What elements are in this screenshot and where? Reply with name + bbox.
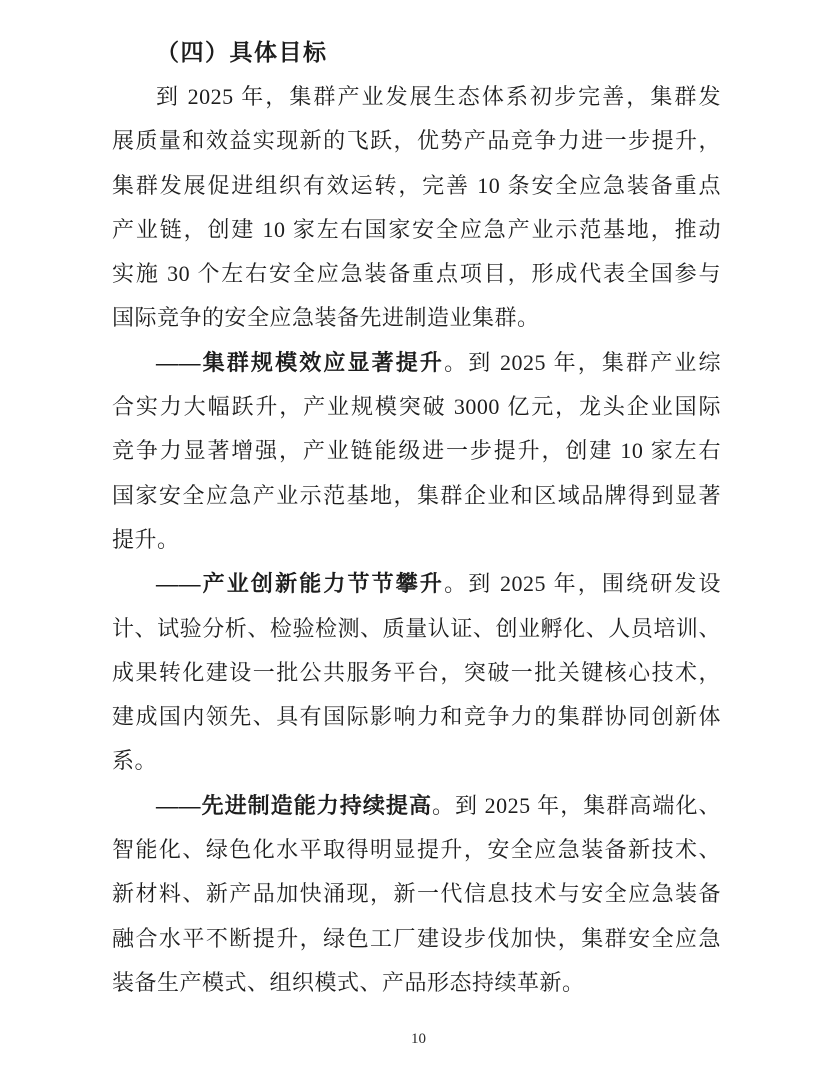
document-page: （四）具体目标 到 2025 年，集群产业发展生态体系初步完善，集群发 展质量和…: [0, 0, 837, 1079]
page-number: 10: [0, 1028, 837, 1050]
text-run: 。到 2025 年，集群高端化、: [432, 793, 721, 818]
text-run: 。到 2025 年，集群产业综: [444, 350, 721, 375]
text-line: 实施 30 个左右安全应急装备重点项目，形成代表全国参与: [112, 252, 721, 296]
text-line: 到 2025 年，集群产业发展生态体系初步完善，集群发: [112, 75, 721, 119]
text-line: 产业链，创建 10 家左右国家安全应急产业示范基地，推动: [112, 208, 721, 252]
emphasis-bold: ——先进制造能力持续提高: [156, 793, 432, 818]
text-line: ——产业创新能力节节攀升。到 2025 年，围绕研发设: [112, 562, 721, 606]
text-run: 。到 2025 年，围绕研发设: [444, 571, 721, 596]
emphasis-bold: ——集群规模效应显著提升: [156, 350, 444, 375]
text-line: ——集群规模效应显著提升。到 2025 年，集群产业综: [112, 341, 721, 385]
text-line: 国家安全应急产业示范基地，集群企业和区域品牌得到显著: [112, 474, 721, 518]
section-heading: （四）具体目标: [112, 30, 721, 75]
text-line: 成果转化建设一批公共服务平台，突破一批关键核心技术，: [112, 651, 721, 695]
text-line: 智能化、绿色化水平取得明显提升，安全应急装备新技术、: [112, 828, 721, 872]
emphasis-bold: ——产业创新能力节节攀升: [156, 571, 444, 596]
paragraph-overview: 到 2025 年，集群产业发展生态体系初步完善，集群发 展质量和效益实现新的飞跃…: [112, 75, 721, 341]
text-line: 国际竞争的安全应急装备先进制造业集群。: [112, 296, 721, 340]
text-line: 融合水平不断提升，绿色工厂建设步伐加快，集群安全应急: [112, 917, 721, 961]
paragraph-cluster-scale: ——集群规模效应显著提升。到 2025 年，集群产业综 合实力大幅跃升，产业规模…: [112, 341, 721, 562]
text-line: ——先进制造能力持续提高。到 2025 年，集群高端化、: [112, 784, 721, 828]
text-line: 展质量和效益实现新的飞跃，优势产品竞争力进一步提升，: [112, 119, 721, 163]
text-line: 计、试验分析、检验检测、质量认证、创业孵化、人员培训、: [112, 607, 721, 651]
text-line: 竞争力显著增强，产业链能级进一步提升，创建 10 家左右: [112, 429, 721, 473]
text-line: 提升。: [112, 518, 721, 562]
text-line: 建成国内领先、具有国际影响力和竞争力的集群协同创新体: [112, 695, 721, 739]
paragraph-manufacturing: ——先进制造能力持续提高。到 2025 年，集群高端化、 智能化、绿色化水平取得…: [112, 784, 721, 1005]
text-line: 合实力大幅跃升，产业规模突破 3000 亿元，龙头企业国际: [112, 385, 721, 429]
text-line: 新材料、新产品加快涌现，新一代信息技术与安全应急装备: [112, 872, 721, 916]
text-line: 装备生产模式、组织模式、产品形态持续革新。: [112, 961, 721, 1005]
text-line: 系。: [112, 739, 721, 783]
paragraph-innovation: ——产业创新能力节节攀升。到 2025 年，围绕研发设 计、试验分析、检验检测、…: [112, 562, 721, 783]
text-line: 集群发展促进组织有效运转，完善 10 条安全应急装备重点: [112, 164, 721, 208]
